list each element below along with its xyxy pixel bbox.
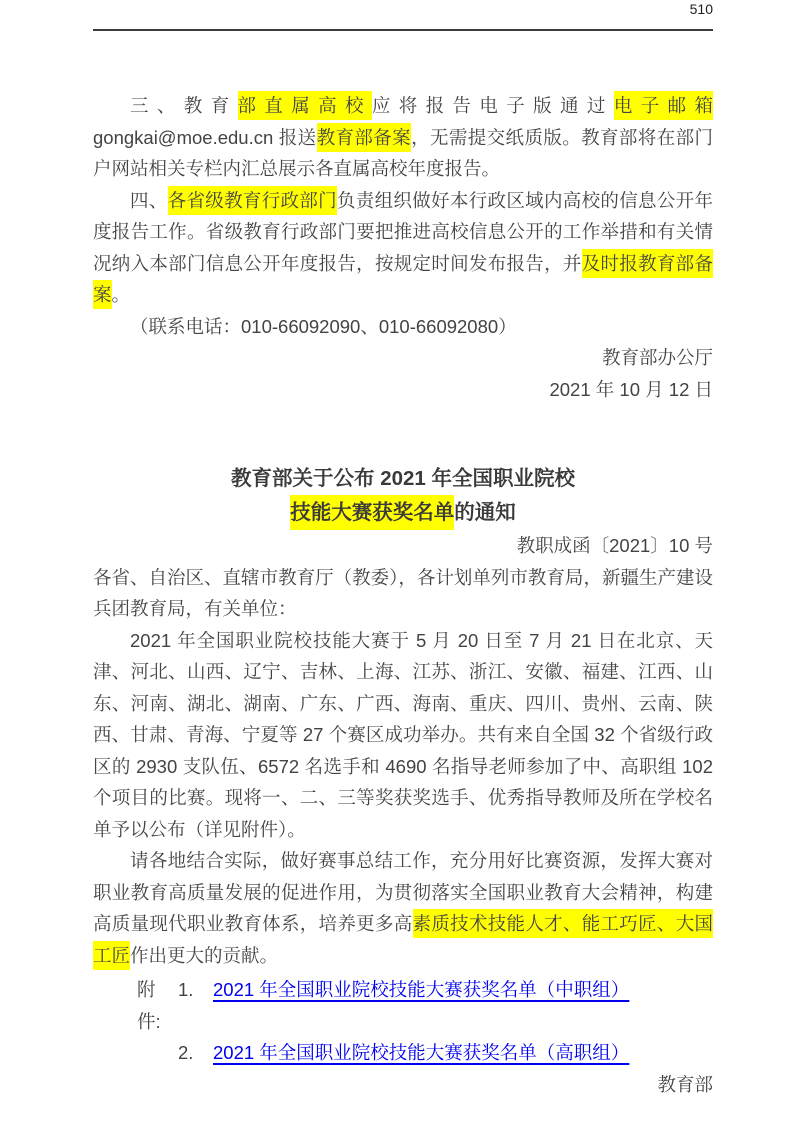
highlighted-text: 电子邮箱: [614, 91, 713, 120]
issuer-general-office: 教育部办公厅: [93, 342, 713, 374]
text-segment: 。: [112, 284, 131, 305]
attachments-list: 附件: 1. 2021 年全国职业院校技能大赛获奖名单（中职组） 2. 2021…: [93, 974, 713, 1069]
header-rule: [93, 29, 713, 31]
paragraph-item-three: 三、教育部直属高校应将报告电子版通过电子邮箱 gongkai@moe.edu.c…: [93, 90, 713, 185]
body-paragraph-closing-remarks: 请各地结合实际，做好赛事总结工作，充分用好比赛资源，发挥大赛对职业教育高质量发展…: [93, 845, 713, 971]
highlighted-text: 技能大赛获奖名单: [290, 495, 454, 530]
attachments-label: 附件:: [137, 974, 178, 1037]
text-segment: gongkai@moe.edu.cn 报送: [93, 127, 317, 148]
text-segment: 作出更大的贡献。: [130, 945, 278, 966]
text-segment: 的通知: [454, 501, 516, 524]
highlighted-text: 各省级教育行政部门: [168, 186, 337, 215]
highlighted-text: 部直属高校: [238, 91, 372, 120]
text-segment: 三、教育: [130, 95, 238, 116]
body-paragraph-competition-overview: 2021 年全国职业院校技能大赛于 5 月 20 日至 7 月 21 日在北京、…: [93, 625, 713, 846]
attachment-number-1: 1.: [178, 974, 213, 1006]
text-segment: 应将报告电子版通过: [372, 95, 614, 116]
attachment-number-2: 2.: [178, 1037, 213, 1069]
document-page: 510 三、教育部直属高校应将报告电子版通过电子邮箱 gongkai@moe.e…: [0, 0, 793, 1122]
notice-title: 教育部关于公布 2021 年全国职业院校 技能大赛获奖名单的通知: [93, 462, 713, 530]
page-number: 510: [690, 1, 713, 18]
text-segment: 四、: [130, 190, 168, 211]
issue-date: 2021 年 10 月 12 日: [93, 374, 713, 406]
attachment-row-2: 2. 2021 年全国职业院校技能大赛获奖名单（高职组）: [137, 1037, 713, 1069]
attachment-row-1: 附件: 1. 2021 年全国职业院校技能大赛获奖名单（中职组）: [137, 974, 713, 1037]
page-content: 三、教育部直属高校应将报告电子版通过电子邮箱 gongkai@moe.edu.c…: [93, 90, 713, 1100]
salutation-line: 各省、自治区、直辖市教育厅（教委），各计划单列市教育局，新疆生产建设兵团教育局，…: [93, 562, 713, 625]
contact-phone-line: （联系电话：010-66092090、010-66092080）: [93, 311, 713, 343]
attachment-link-secondary-vocational-group[interactable]: 2021 年全国职业院校技能大赛获奖名单（中职组）: [213, 974, 629, 1006]
document-reference-number: 教职成函〔2021〕10 号: [93, 530, 713, 562]
notice-title-line-1: 教育部关于公布 2021 年全国职业院校: [93, 462, 713, 496]
notice-title-line-2: 技能大赛获奖名单的通知: [93, 496, 713, 530]
highlighted-text: 教育部备案: [317, 123, 411, 152]
text-segment: 2021 年全国职业院校技能大赛于 5 月 20 日至 7 月 21 日在北京、…: [93, 630, 713, 840]
paragraph-item-four: 四、各省级教育行政部门负责组织做好本行政区域内高校的信息公开年度报告工作。省级教…: [93, 185, 713, 311]
issuer-ministry-of-education: 教育部: [93, 1069, 713, 1101]
attachment-link-higher-vocational-group[interactable]: 2021 年全国职业院校技能大赛获奖名单（高职组）: [213, 1037, 629, 1069]
